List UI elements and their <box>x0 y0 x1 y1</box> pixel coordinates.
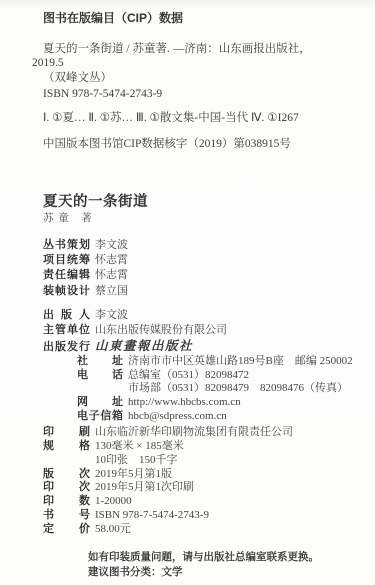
row-print-run: 印数 1-20000 <box>43 495 361 509</box>
row-label: 主管单位 <box>43 323 90 338</box>
row-binding-designer: 装帧设计 蔡立国 <box>43 284 361 299</box>
row-publisher-name: 出版发行 山東畫報出版社 <box>43 338 361 355</box>
row-value: 市场部（0531）82098479 82098476（传真） <box>128 382 348 396</box>
cip-classification: Ⅰ. ①夏… Ⅱ. ①苏… Ⅲ. ①散文集-中国-当代 Ⅳ. ①I267 <box>43 111 361 125</box>
row-label: 版次 <box>43 468 90 482</box>
row-publisher-person: 出版人 李文波 <box>43 308 361 323</box>
publisher-contact-block: 社址 济南市市中区英雄山路189号B座 邮编 250002 电话 总编室（053… <box>43 355 361 424</box>
row-label: 社址 <box>77 355 123 369</box>
row-label: 项目统筹 <box>43 253 90 268</box>
row-label: 印次 <box>43 481 90 495</box>
row-edition: 版次 2019年5月第1版 <box>43 468 361 482</box>
row-value: 怀志霄 <box>95 268 128 283</box>
book-copyright-page: 图书在版编目（CIP）数据 夏天的一条街道 / 苏童著. —济南：山东画报出版社… <box>0 0 375 585</box>
row-value: 济南市市中区英雄山路189号B座 邮编 250002 <box>128 355 353 369</box>
row-label: 出版发行 <box>43 340 90 355</box>
staff-credits-block: 丛书策划 李文波 项目统筹 怀志霄 责任编辑 怀志霄 装帧设计 蔡立国 <box>43 238 361 299</box>
row-label: 电话 <box>77 369 123 383</box>
row-value: 怀志霄 <box>95 253 128 268</box>
cip-series-note: （双峰文丛） <box>43 71 361 85</box>
row-responsible-editor: 责任编辑 怀志霄 <box>43 268 361 283</box>
row-project-coordinator: 项目统筹 怀志霄 <box>43 253 361 268</box>
title-block: 夏天的一条街道 苏 童 著 <box>43 193 361 227</box>
row-value: 1-20000 <box>95 495 132 509</box>
quality-notice-block: 如有印装质量问题，请与出版社总编室联系更换。 建议图书分类：文学 <box>88 550 361 579</box>
book-author: 苏 童 著 <box>43 211 361 227</box>
row-label: 定价 <box>43 523 90 537</box>
row-label: 丛书策划 <box>43 238 90 253</box>
row-label: 书号 <box>43 509 90 523</box>
row-value: 山东临沂新华印刷物流集团有限责任公司 <box>95 426 293 440</box>
publisher-block: 出版人 李文波 主管单位 山东出版传媒股份有限公司 出版发行 山東畫報出版社 社… <box>43 308 361 424</box>
row-value: 山东出版传媒股份有限公司 <box>95 323 227 338</box>
row-price: 定价 58.00元 <box>43 523 361 537</box>
row-website: 网址 http://www.hbcbs.com.cn <box>77 396 361 410</box>
row-label: 规格 <box>43 440 90 454</box>
quality-notice-line: 如有印装质量问题，请与出版社总编室联系更换。 <box>88 550 361 565</box>
row-phone-continued: 市场部（0531）82098479 82098476（传真） <box>77 382 361 396</box>
row-label: 出版人 <box>43 308 90 323</box>
category-suggestion-line: 建议图书分类：文学 <box>88 565 361 580</box>
cip-registry-number: 中国版本图书馆CIP数据核字（2019）第038915号 <box>43 137 361 151</box>
row-value: 10印张 150千字 <box>95 454 178 468</box>
cip-data-block: 图书在版编目（CIP）数据 夏天的一条街道 / 苏童著. —济南：山东画报出版社… <box>43 11 361 151</box>
row-email: 电子信箱 hbcb@sdpress.com.cn <box>77 410 361 424</box>
row-label: 电子信箱 <box>77 410 123 424</box>
printing-block: 印刷 山东临沂新华印刷物流集团有限责任公司 规格 130毫米 × 185毫米 1… <box>43 426 361 537</box>
row-label: 印刷 <box>43 426 90 440</box>
cip-isbn: ISBN 978-7-5474-2743-9 <box>43 87 361 101</box>
book-title: 夏天的一条街道 <box>43 193 361 211</box>
row-supervisor-unit: 主管单位 山东出版传媒股份有限公司 <box>43 323 361 338</box>
row-phone: 电话 总编室（0531）82098472 <box>77 369 361 383</box>
row-label: 责任编辑 <box>43 268 90 283</box>
cip-header: 图书在版编目（CIP）数据 <box>43 11 361 26</box>
row-book-number: 书号 ISBN 978-7-5474-2743-9 <box>43 509 361 523</box>
row-impression: 印次 2019年5月第1次印刷 <box>43 481 361 495</box>
row-value: 蔡立国 <box>95 284 128 299</box>
row-label: 印数 <box>43 495 90 509</box>
row-value: 李文波 <box>95 238 128 253</box>
row-value: 130毫米 × 185毫米 <box>95 440 184 454</box>
row-value: 2019年5月第1版 <box>95 468 172 482</box>
row-format-continued: 10印张 150千字 <box>43 454 361 468</box>
row-value: 李文波 <box>95 308 128 323</box>
row-value: 2019年5月第1次印刷 <box>95 481 194 495</box>
cip-catalog-entry: 夏天的一条街道 / 苏童著. —济南：山东画报出版社， 2019.5 <box>43 43 361 70</box>
email-address: hbcb@sdpress.com.cn <box>128 410 227 424</box>
row-printing: 印刷 山东临沂新华印刷物流集团有限责任公司 <box>43 426 361 440</box>
cip-entry-line2: 2019.5 <box>32 57 361 71</box>
cip-entry-line1: 夏天的一条街道 / 苏童著. —济南：山东画报出版社， <box>43 43 311 55</box>
publisher-logotype: 山東畫報出版社 <box>95 338 193 353</box>
row-value: ISBN 978-7-5474-2743-9 <box>95 509 209 523</box>
row-format: 规格 130毫米 × 185毫米 <box>43 440 361 454</box>
row-series-planner: 丛书策划 李文波 <box>43 238 361 253</box>
row-label: 网址 <box>77 396 123 410</box>
row-value: 58.00元 <box>95 523 131 537</box>
row-value: 总编室（0531）82098472 <box>128 369 249 383</box>
website-url: http://www.hbcbs.com.cn <box>128 396 241 410</box>
row-address: 社址 济南市市中区英雄山路189号B座 邮编 250002 <box>77 355 361 369</box>
row-label: 装帧设计 <box>43 284 90 299</box>
